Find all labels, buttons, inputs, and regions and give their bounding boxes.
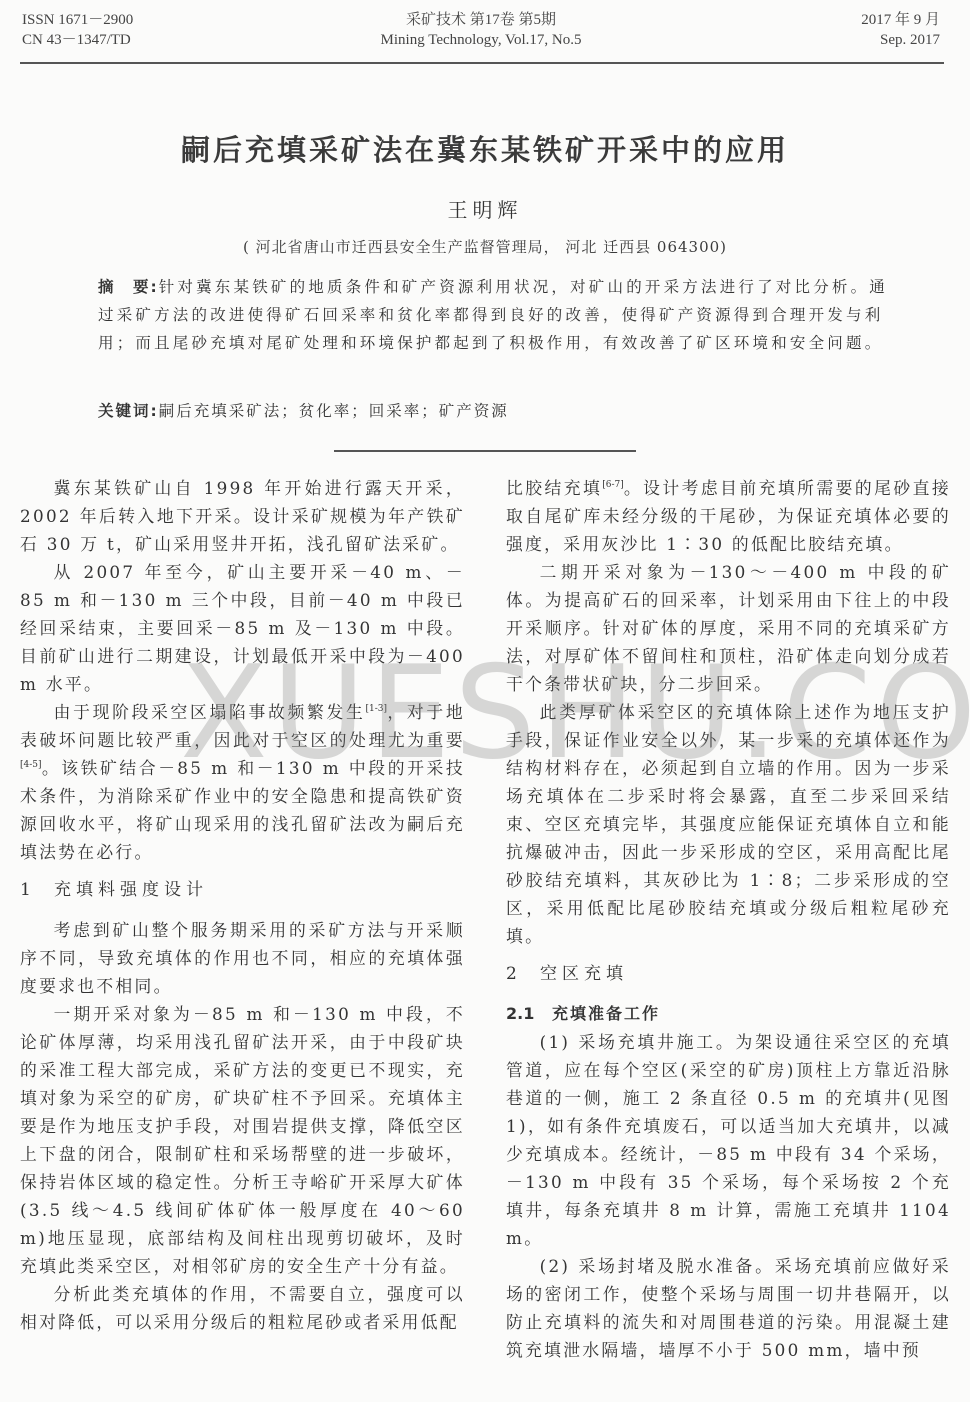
paragraph: 冀东某铁矿山自 1998 年开始进行露天开采，2002 年后转入地下开采。设计采… <box>20 474 465 558</box>
section-title: 充填料强度设计 <box>54 880 208 900</box>
paragraph-text: 由于现阶段采空区塌陷事故频繁发生 <box>54 702 366 722</box>
subsection-heading-2-1: 2.1充填准备工作 <box>506 1000 951 1028</box>
right-column: 比胶结充填[6-7]。设计考虑目前充填所需要的尾砂直接取自尾矿库未经分级的干尾砂… <box>506 474 951 1364</box>
keywords-text: 嗣后充填采矿法；贫化率；回采率；矿产资源 <box>159 402 509 420</box>
abstract-label: 摘 要: <box>98 278 159 296</box>
section-number: 2 <box>506 960 540 988</box>
paragraph: 比胶结充填[6-7]。设计考虑目前充填所需要的尾砂直接取自尾矿库未经分级的干尾砂… <box>506 474 951 558</box>
paragraph: 一期开采对象为－85 m 和－130 m 中段，不论矿体厚薄，均采用浅孔留矿法开… <box>20 1000 465 1280</box>
citation-ref[interactable]: [1-3] <box>366 704 388 714</box>
paragraph: 分析此类充填体的作用，不需要自立，强度可以相对降低，可以采用分级后的粗粒尾砂或者… <box>20 1280 465 1336</box>
header-divider <box>20 62 944 64</box>
section-heading-1: 1充填料强度设计 <box>20 876 465 904</box>
subsection-title: 充填准备工作 <box>552 1004 660 1023</box>
section-title: 空区充填 <box>540 964 628 984</box>
section-heading-2: 2空区充填 <box>506 960 951 988</box>
header-right: 2017 年 9 月 Sep. 2017 <box>861 10 940 50</box>
date-en: Sep. 2017 <box>861 30 940 50</box>
abstract: 摘 要:针对冀东某铁矿的地质条件和矿产资源利用状况，对矿山的开采方法进行了对比分… <box>98 273 888 357</box>
keywords-label: 关键词: <box>98 402 159 420</box>
left-column: 冀东某铁矿山自 1998 年开始进行露天开采，2002 年后转入地下开采。设计采… <box>20 474 465 1336</box>
header-center: 采矿技术 第17卷 第5期 Mining Technology, Vol.17,… <box>22 10 940 50</box>
paragraph: 从 2007 年至今，矿山主要开采－40 m、－85 m 和－130 m 三个中… <box>20 558 465 698</box>
paragraph: 二期开采对象为－130～－400 m 中段的矿体。为提高矿石的回采率，计划采用由… <box>506 558 951 698</box>
paragraph-text: 。该铁矿结合－85 m 和－130 m 中段的开采技术条件，为消除采矿作业中的安… <box>20 758 465 862</box>
journal-name-cn: 采矿技术 第17卷 第5期 <box>22 10 940 30</box>
section-number: 1 <box>20 876 54 904</box>
citation-ref[interactable]: [6-7] <box>602 480 624 490</box>
date-cn: 2017 年 9 月 <box>861 10 940 30</box>
paragraph: (2) 采场封堵及脱水准备。采场充填前应做好采场的密闭工作，使整个采场与周围一切… <box>506 1252 951 1364</box>
journal-name-en: Mining Technology, Vol.17, No.5 <box>22 30 940 50</box>
paragraph-text: 比胶结充填 <box>506 478 602 498</box>
paragraph: (1) 采场充填井施工。为架设通往采空区的充填管道，应在每个空区(采空的矿房)顶… <box>506 1028 951 1252</box>
abstract-divider <box>334 450 636 452</box>
paragraph: 由于现阶段采空区塌陷事故频繁发生[1-3]，对于地表破坏问题比较严重，因此对于空… <box>20 698 465 866</box>
running-header: ISSN 1671－2900 CN 43－1347/TD 采矿技术 第17卷 第… <box>22 6 940 52</box>
paragraph: 考虑到矿山整个服务期采用的采矿方法与开采顺序不同，导致充填体的作用也不同，相应的… <box>20 916 465 1000</box>
citation-ref[interactable]: [4-5] <box>20 760 42 770</box>
subsection-number: 2.1 <box>506 1000 552 1028</box>
article-title: 嗣后充填采矿法在冀东某铁矿开采中的应用 <box>0 128 970 169</box>
abstract-text: 针对冀东某铁矿的地质条件和矿产资源利用状况，对矿山的开采方法进行了对比分析。通过… <box>98 278 888 352</box>
author-name: 王明辉 <box>0 194 970 223</box>
paragraph: 此类厚矿体采空区的充填体除上述作为地压支护手段，保证作业安全以外，某一步采的充填… <box>506 698 951 950</box>
keywords: 关键词:嗣后充填采矿法；贫化率；回采率；矿产资源 <box>98 397 888 425</box>
author-affiliation: ( 河北省唐山市迁西县安全生产监督管理局， 河北 迁西县 064300) <box>0 236 970 257</box>
